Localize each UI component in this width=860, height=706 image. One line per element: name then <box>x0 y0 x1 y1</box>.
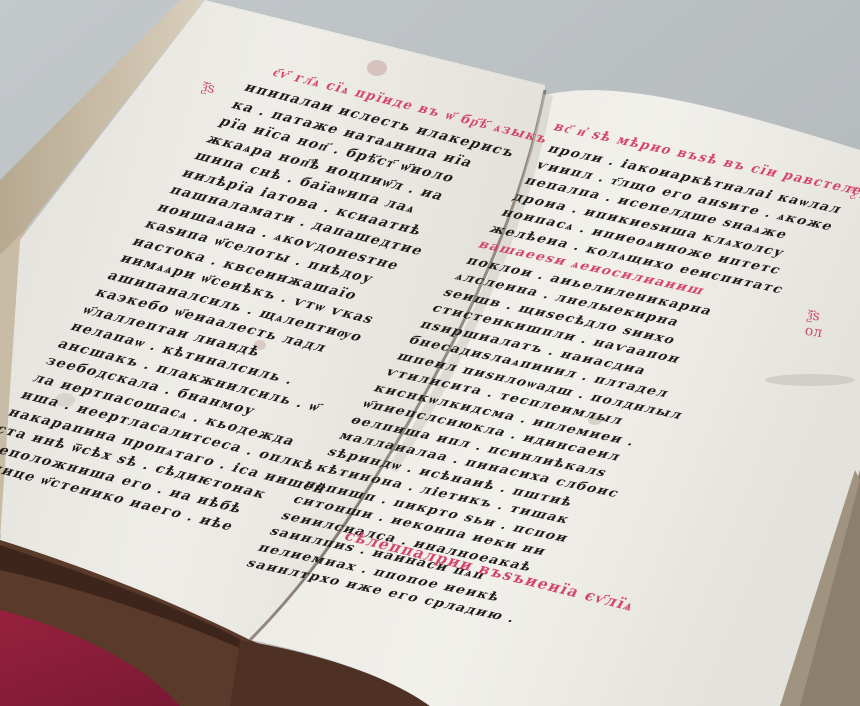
manuscript-photo: є҃ѵ҃ гл҃ѧ сїѧ прїиде въ ѡ҃ бр҃ѣ҃ ѧзыкъ и… <box>0 0 860 706</box>
right-top-margin-mark: ѯ҃ <box>850 184 856 200</box>
